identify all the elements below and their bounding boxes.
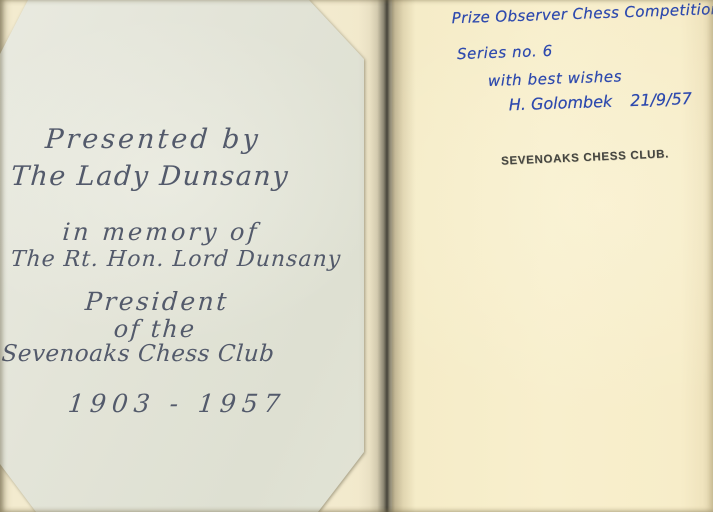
bookplate-line-lord-dunsany: The Rt. Hon. Lord Dunsany [0, 247, 352, 272]
dedication-line-wishes: with best wishes [488, 67, 623, 90]
book-endpapers-scan: Presented by The Lady Dunsany in memory … [0, 0, 713, 512]
bookplate-line-in-memory-of: in memory of [0, 218, 337, 246]
dedication-line-series: Series no. 6 [457, 42, 553, 63]
presentation-bookplate: Presented by The Lady Dunsany in memory … [0, 0, 366, 512]
dedication-signature-line: H. Golombek21/9/57 [508, 89, 692, 114]
golombek-signature: H. Golombek [508, 92, 612, 115]
bookplate-line-of-the: of the [0, 315, 331, 343]
bookplate-line-presented-by: Presented by [0, 124, 329, 155]
handwritten-dedication: Prize Observer Chess Competition Series … [389, 0, 713, 152]
dedication-line-competition: Prize Observer Chess Competition [451, 0, 713, 27]
bookplate-line-chess-club: Sevenoaks Chess Club [0, 341, 314, 367]
bookplate-line-lady-dunsany: The Lady Dunsany [0, 161, 326, 192]
bookplate-line-years: 1903 - 1957 [0, 389, 353, 418]
bookplate-wrapper: Presented by The Lady Dunsany in memory … [0, 0, 366, 512]
bookplate-line-president: President [0, 287, 333, 316]
dedication-date: 21/9/57 [630, 89, 692, 110]
